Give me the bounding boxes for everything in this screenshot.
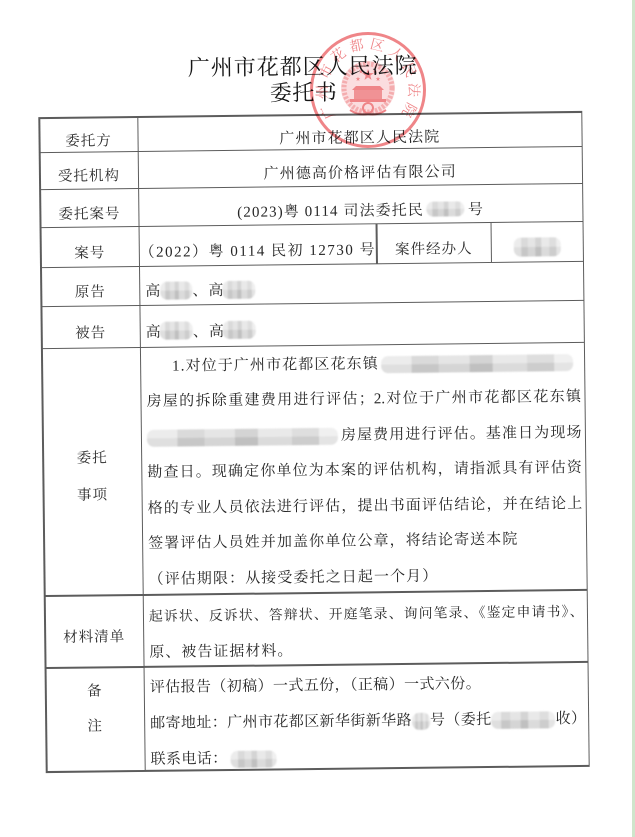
remarks-copies-text: 评估报告（初稿）一式五份，（正稿）一式六份。 (150, 666, 482, 706)
label-case-no: 案号 (41, 227, 138, 267)
value-entrustment-case-no: (2023)粤 0114 司法委托民 号 (139, 184, 582, 226)
matters-line-4: 勘查日。现确定你单位为本案的评估机构，请指派具有评估资 (147, 451, 582, 491)
scanned-document-page: 广州市花都区人民法院 委托书 委托方 广州市花都区人民法院 受托机构 广州德高价… (0, 0, 635, 837)
matters-line-2: 房屋的拆除重建费用进行评估；2.对位于广州市花都区花东镇 (146, 380, 581, 420)
entrustment-case-no-suffix: 号 (468, 198, 484, 219)
value-defendant: 高 、高 (140, 301, 583, 347)
entrustment-form-table: 委托方 广州市花都区人民法院 受托机构 广州德高价格评估有限公司 委托案号 (2… (38, 111, 589, 773)
matters-line-5-text: 格的专业人员依法进行评估，提出书面评估结论，并在结论上 (148, 486, 583, 526)
redacted-plaintiff-name-2 (222, 280, 255, 298)
label-entrusting-party: 委托方 (40, 117, 137, 151)
document-sheet: 广州市花都区人民法院 委托书 委托方 广州市花都区人民法院 受托机构 广州德高价… (0, 0, 635, 837)
materials-line-1: 起诉状、反诉状、答辩状、开庭笔录、询问笔录、《鉴定申请书》、 (149, 593, 584, 634)
matters-line-3: 房屋费用进行评估。基准日为现场 (147, 415, 582, 455)
label-remarks-line-1: 备 (46, 674, 143, 710)
label-entrustment-case-no: 委托案号 (41, 189, 138, 227)
value-plaintiff: 高 、高 (140, 262, 583, 305)
redacted-property-address-2 (147, 427, 338, 446)
label-plaintiff: 原告 (42, 267, 139, 306)
label-entrusted-matters: 委托 事项 (42, 348, 142, 595)
label-remarks: 备 注 (46, 667, 144, 771)
redacted-recipient (491, 711, 555, 729)
plaintiff-name-2: 、高 (192, 279, 224, 300)
redacted-street-number (412, 712, 430, 729)
label-materials-list: 材料清单 (45, 595, 143, 667)
redacted-property-address-1 (381, 354, 573, 373)
remarks-copies-line: 评估报告（初稿）一式五份，（正稿）一式六份。 (150, 665, 585, 706)
entrustment-case-no-prefix: (2023)粤 0114 司法委托民 (237, 198, 424, 221)
matters-line-2-text: 房屋的拆除重建费用进行评估；2.对位于广州市花都区花东镇 (146, 380, 581, 420)
defendant-name-2: 、高 (193, 320, 225, 341)
label-remarks-line-2: 注 (47, 709, 144, 745)
document-title: 委托书 (0, 77, 611, 110)
remarks-address-part-1: 邮寄地址：广州市花都区新华街新华路 (150, 703, 412, 742)
label-entrusted-matters-line-1: 委托 (43, 440, 140, 478)
value-remarks: 评估报告（初稿）一式五份，（正稿）一式六份。 邮寄地址：广州市花都区新华街新华路… (145, 662, 589, 770)
matters-line-1: 1.对位于广州市花都区花东镇 (146, 344, 581, 384)
value-case-no: （2022）粤 0114 民初 12730 号 (140, 224, 376, 265)
plaintiff-name-1: 高 (145, 280, 161, 301)
value-entrusted-matters: 1.对位于广州市花都区花东镇 房屋的拆除重建费用进行评估；2.对位于广州市花都区… (141, 343, 586, 594)
label-entrusted-matters-line-2: 事项 (44, 477, 141, 515)
label-case-handler: 案件经办人 (377, 223, 490, 263)
matters-line-1-text: 1.对位于广州市花都区花东镇 (172, 347, 379, 385)
matters-line-5: 格的专业人员依法进行评估，提出书面评估结论，并在结论上 (148, 486, 583, 526)
value-materials-list: 起诉状、反诉状、答辩状、开庭笔录、询问笔录、《鉴定申请书》、 原、被告证据材料。 (144, 590, 587, 666)
remarks-phone-label: 联系电话： (150, 741, 227, 778)
redacted-phone-number (231, 750, 277, 768)
redacted-defendant-name-2 (223, 321, 256, 339)
redacted-handler-name (513, 237, 560, 257)
remarks-address-part-3: 收） (555, 701, 586, 737)
redacted-case-number (426, 201, 464, 216)
value-entrusting-party: 广州市花都区人民法院 (138, 112, 581, 150)
matters-line-6: 签署评估人员姓并加盖你单位公章，将结论寄送本院 (148, 522, 583, 562)
redacted-plaintiff-name-1 (160, 281, 192, 299)
remarks-address-line: 邮寄地址：广州市花都区新华街新华路 号（委托 收） (150, 701, 585, 742)
matters-line-3-text: 房屋费用进行评估。基准日为现场 (341, 415, 582, 453)
matters-line-4-text: 勘查日。现确定你单位为本案的评估机构，请指派具有评估资 (147, 451, 582, 491)
value-case-handler (492, 222, 583, 262)
redacted-defendant-name-1 (160, 322, 193, 340)
value-entrusted-agency: 广州德高价格评估有限公司 (139, 147, 582, 188)
matters-line-6-text: 签署评估人员姓并加盖你单位公章，将结论寄送本院 (148, 523, 519, 563)
label-entrusted-agency: 受托机构 (40, 152, 137, 189)
remarks-phone-line: 联系电话： (150, 737, 585, 778)
label-defendant: 被告 (42, 306, 139, 348)
remarks-address-part-2: 号（委托 (430, 702, 492, 739)
